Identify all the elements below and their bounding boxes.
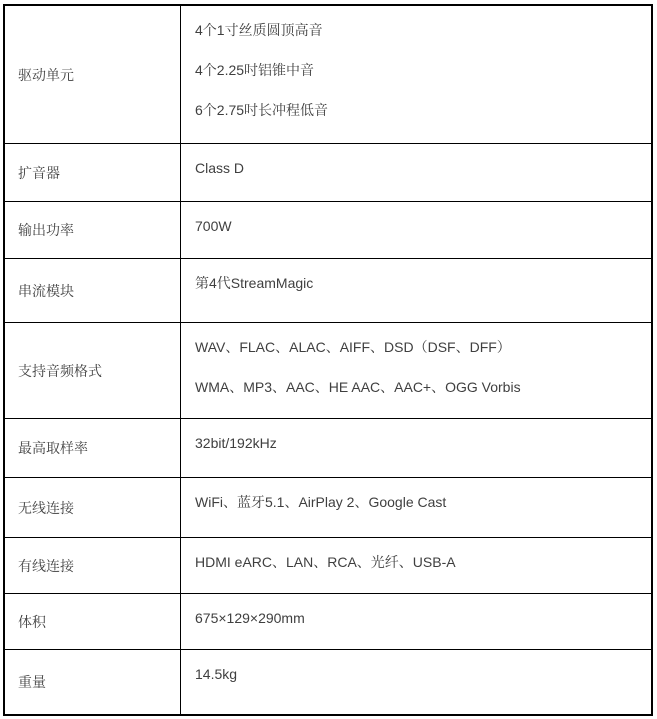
spec-label: 无线连接 bbox=[5, 478, 181, 538]
table-row: 扩音器 Class D bbox=[5, 144, 652, 202]
spec-value-line: 6个2.75吋长冲程低音 bbox=[195, 101, 639, 120]
spec-value: 4个1寸丝质圆顶高音 4个2.25吋铝锥中音 6个2.75吋长冲程低音 bbox=[181, 6, 652, 144]
spec-label: 有线连接 bbox=[5, 538, 181, 594]
table-row: 无线连接 WiFi、蓝牙5.1、AirPlay 2、Google Cast bbox=[5, 478, 652, 538]
spec-value-line: 4个1寸丝质圆顶高音 bbox=[195, 21, 639, 40]
spec-value-line: 第4代StreamMagic bbox=[195, 274, 639, 293]
spec-value-line: 700W bbox=[195, 217, 639, 236]
table-row: 体积 675×129×290mm bbox=[5, 594, 652, 650]
spec-value: 第4代StreamMagic bbox=[181, 259, 652, 323]
spec-value: HDMI eARC、LAN、RCA、光纤、USB-A bbox=[181, 538, 652, 594]
spec-label: 重量 bbox=[5, 650, 181, 715]
spec-label: 驱动单元 bbox=[5, 6, 181, 144]
spec-value: 675×129×290mm bbox=[181, 594, 652, 650]
spec-value-line: 14.5kg bbox=[195, 665, 639, 684]
spec-value: 32bit/192kHz bbox=[181, 419, 652, 478]
table-row: 支持音频格式 WAV、FLAC、ALAC、AIFF、DSD（DSF、DFF） W… bbox=[5, 323, 652, 419]
spec-value-line: WMA、MP3、AAC、HE AAC、AAC+、OGG Vorbis bbox=[195, 378, 639, 397]
spec-table: 驱动单元 4个1寸丝质圆顶高音 4个2.25吋铝锥中音 6个2.75吋长冲程低音… bbox=[4, 5, 652, 715]
spec-label: 串流模块 bbox=[5, 259, 181, 323]
spec-value-line: 32bit/192kHz bbox=[195, 434, 639, 453]
spec-value-line: 675×129×290mm bbox=[195, 609, 639, 628]
spec-label: 扩音器 bbox=[5, 144, 181, 202]
spec-label: 输出功率 bbox=[5, 202, 181, 259]
spec-value: WiFi、蓝牙5.1、AirPlay 2、Google Cast bbox=[181, 478, 652, 538]
spec-label: 支持音频格式 bbox=[5, 323, 181, 419]
table-row: 最高取样率 32bit/192kHz bbox=[5, 419, 652, 478]
spec-value-line: Class D bbox=[195, 159, 639, 178]
spec-value-line: HDMI eARC、LAN、RCA、光纤、USB-A bbox=[195, 553, 639, 572]
table-row: 驱动单元 4个1寸丝质圆顶高音 4个2.25吋铝锥中音 6个2.75吋长冲程低音 bbox=[5, 6, 652, 144]
spec-label: 最高取样率 bbox=[5, 419, 181, 478]
table-row: 输出功率 700W bbox=[5, 202, 652, 259]
spec-label: 体积 bbox=[5, 594, 181, 650]
spec-value: WAV、FLAC、ALAC、AIFF、DSD（DSF、DFF） WMA、MP3、… bbox=[181, 323, 652, 419]
spec-page: 驱动单元 4个1寸丝质圆顶高音 4个2.25吋铝锥中音 6个2.75吋长冲程低音… bbox=[0, 5, 657, 719]
table-row: 有线连接 HDMI eARC、LAN、RCA、光纤、USB-A bbox=[5, 538, 652, 594]
spec-value: Class D bbox=[181, 144, 652, 202]
spec-value-line: WiFi、蓝牙5.1、AirPlay 2、Google Cast bbox=[195, 493, 639, 512]
table-row: 重量 14.5kg bbox=[5, 650, 652, 715]
spec-value: 700W bbox=[181, 202, 652, 259]
spec-value-line: WAV、FLAC、ALAC、AIFF、DSD（DSF、DFF） bbox=[195, 338, 639, 357]
spec-value: 14.5kg bbox=[181, 650, 652, 715]
spec-value-line: 4个2.25吋铝锥中音 bbox=[195, 61, 639, 80]
table-row: 串流模块 第4代StreamMagic bbox=[5, 259, 652, 323]
